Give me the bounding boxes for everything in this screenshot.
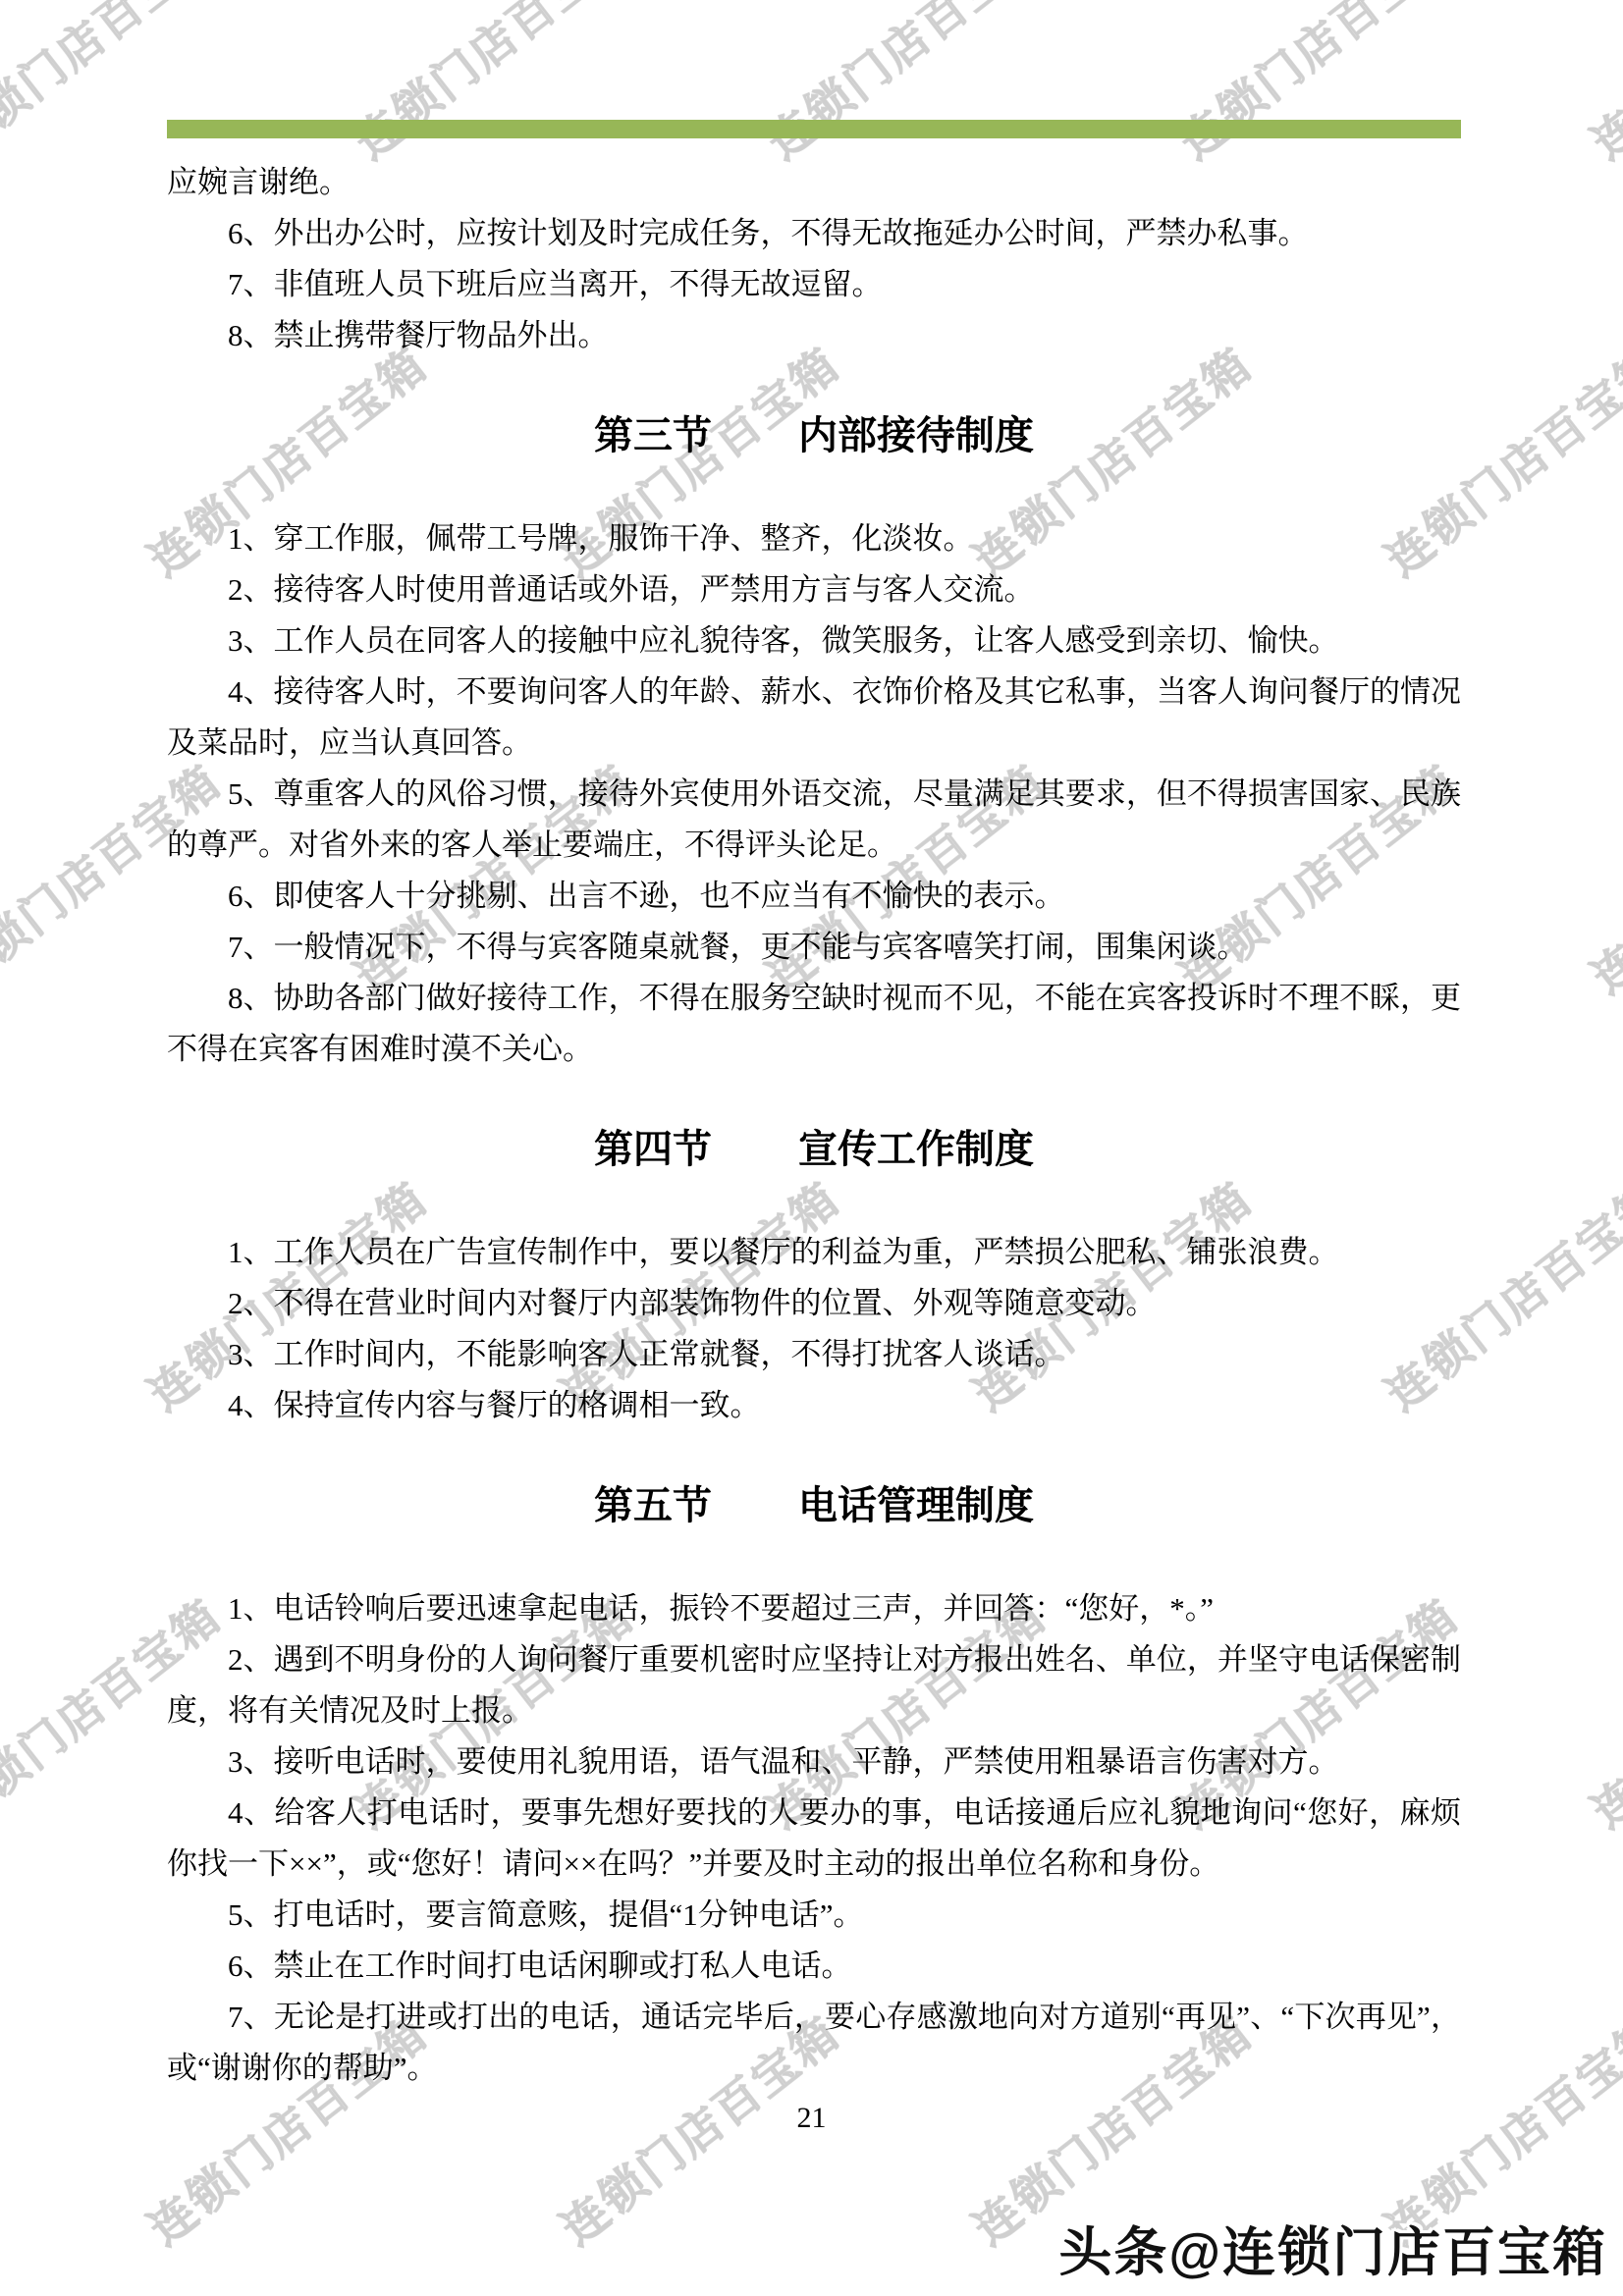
rule-item: 1、电话铃响后要迅速拿起电话，振铃不要超过三声，并回答：“您好，*。” xyxy=(167,1583,1461,1634)
page-number: 21 xyxy=(0,2093,1623,2144)
rule-item: 2、不得在营业时间内对餐厅内部装饰物件的位置、外观等随意变动。 xyxy=(167,1278,1461,1329)
section-label: 第四节 xyxy=(594,1128,712,1171)
section-title: 宣传工作制度 xyxy=(798,1128,1034,1171)
footer-credit: 头条@连锁门店百宝箱 xyxy=(1058,2211,1607,2286)
rule-item: 3、工作时间内，不能影响客人正常就餐，不得打扰客人谈话。 xyxy=(167,1329,1461,1380)
rule-item: 4、给客人打电话时，要事先想好要找的人要办的事，电话接通后应礼貌地询问“您好，麻… xyxy=(167,1788,1461,1890)
rule-item: 7、一般情况下，不得与宾客随桌就餐，更不能与宾客嘻笑打闹，围集闲谈。 xyxy=(167,922,1461,973)
section-heading: 第四节宣传工作制度 xyxy=(167,1122,1461,1177)
rule-item: 2、接待客人时使用普通话或外语，严禁用方言与客人交流。 xyxy=(167,564,1461,615)
continuation-text: 应婉言谢绝。 xyxy=(167,157,1461,208)
rule-item: 7、无论是打进或打出的电话，通话完毕后，要心存感激地向对方道别“再见”、“下次再… xyxy=(167,1992,1461,2094)
section-title: 电话管理制度 xyxy=(798,1484,1034,1527)
section-title: 内部接待制度 xyxy=(798,414,1034,457)
section-heading: 第五节电话管理制度 xyxy=(167,1478,1461,1533)
rule-item: 3、工作人员在同客人的接触中应礼貌待客，微笑服务，让客人感受到亲切、愉快。 xyxy=(167,615,1461,667)
section-heading: 第三节内部接待制度 xyxy=(167,408,1461,463)
rule-item: 4、保持宣传内容与餐厅的格调相一致。 xyxy=(167,1380,1461,1431)
rule-item: 5、打电话时，要言简意赅，提倡“1分钟电话”。 xyxy=(167,1890,1461,1941)
rule-item: 8、协助各部门做好接待工作，不得在服务空缺时视而不见，不能在宾客投诉时不理不睬，… xyxy=(167,973,1461,1075)
rule-item: 2、遇到不明身份的人询问餐厅重要机密时应坚持让对方报出姓名、单位，并坚守电话保密… xyxy=(167,1634,1461,1736)
rule-item: 7、非值班人员下班后应当离开，不得无故逗留。 xyxy=(167,259,1461,310)
rule-item: 8、禁止携带餐厅物品外出。 xyxy=(167,310,1461,361)
section-label: 第三节 xyxy=(594,414,712,457)
rule-item: 6、禁止在工作时间打电话闲聊或打私人电话。 xyxy=(167,1941,1461,1992)
rule-item: 3、接听电话时，要使用礼貌用语，语气温和、平静，严禁使用粗暴语言伤害对方。 xyxy=(167,1736,1461,1788)
rule-item: 1、穿工作服，佩带工号牌，服饰干净、整齐，化淡妆。 xyxy=(167,513,1461,564)
document-content: 应婉言谢绝。6、外出办公时，应按计划及时完成任务，不得无故拖延办公时间，严禁办私… xyxy=(0,0,1623,2094)
rule-item: 1、工作人员在广告宣传制作中，要以餐厅的利益为重，严禁损公肥私、铺张浪费。 xyxy=(167,1227,1461,1278)
section-label: 第五节 xyxy=(594,1484,712,1527)
rule-item: 4、接待客人时，不要询问客人的年龄、薪水、衣饰价格及其它私事，当客人询问餐厅的情… xyxy=(167,667,1461,769)
rule-item: 5、尊重客人的风俗习惯，接待外宾使用外语交流，尽量满足其要求，但不得损害国家、民… xyxy=(167,769,1461,871)
rule-item: 6、即使客人十分挑剔、出言不逊，也不应当有不愉快的表示。 xyxy=(167,871,1461,922)
rule-item: 6、外出办公时，应按计划及时完成任务，不得无故拖延办公时间，严禁办私事。 xyxy=(167,208,1461,259)
